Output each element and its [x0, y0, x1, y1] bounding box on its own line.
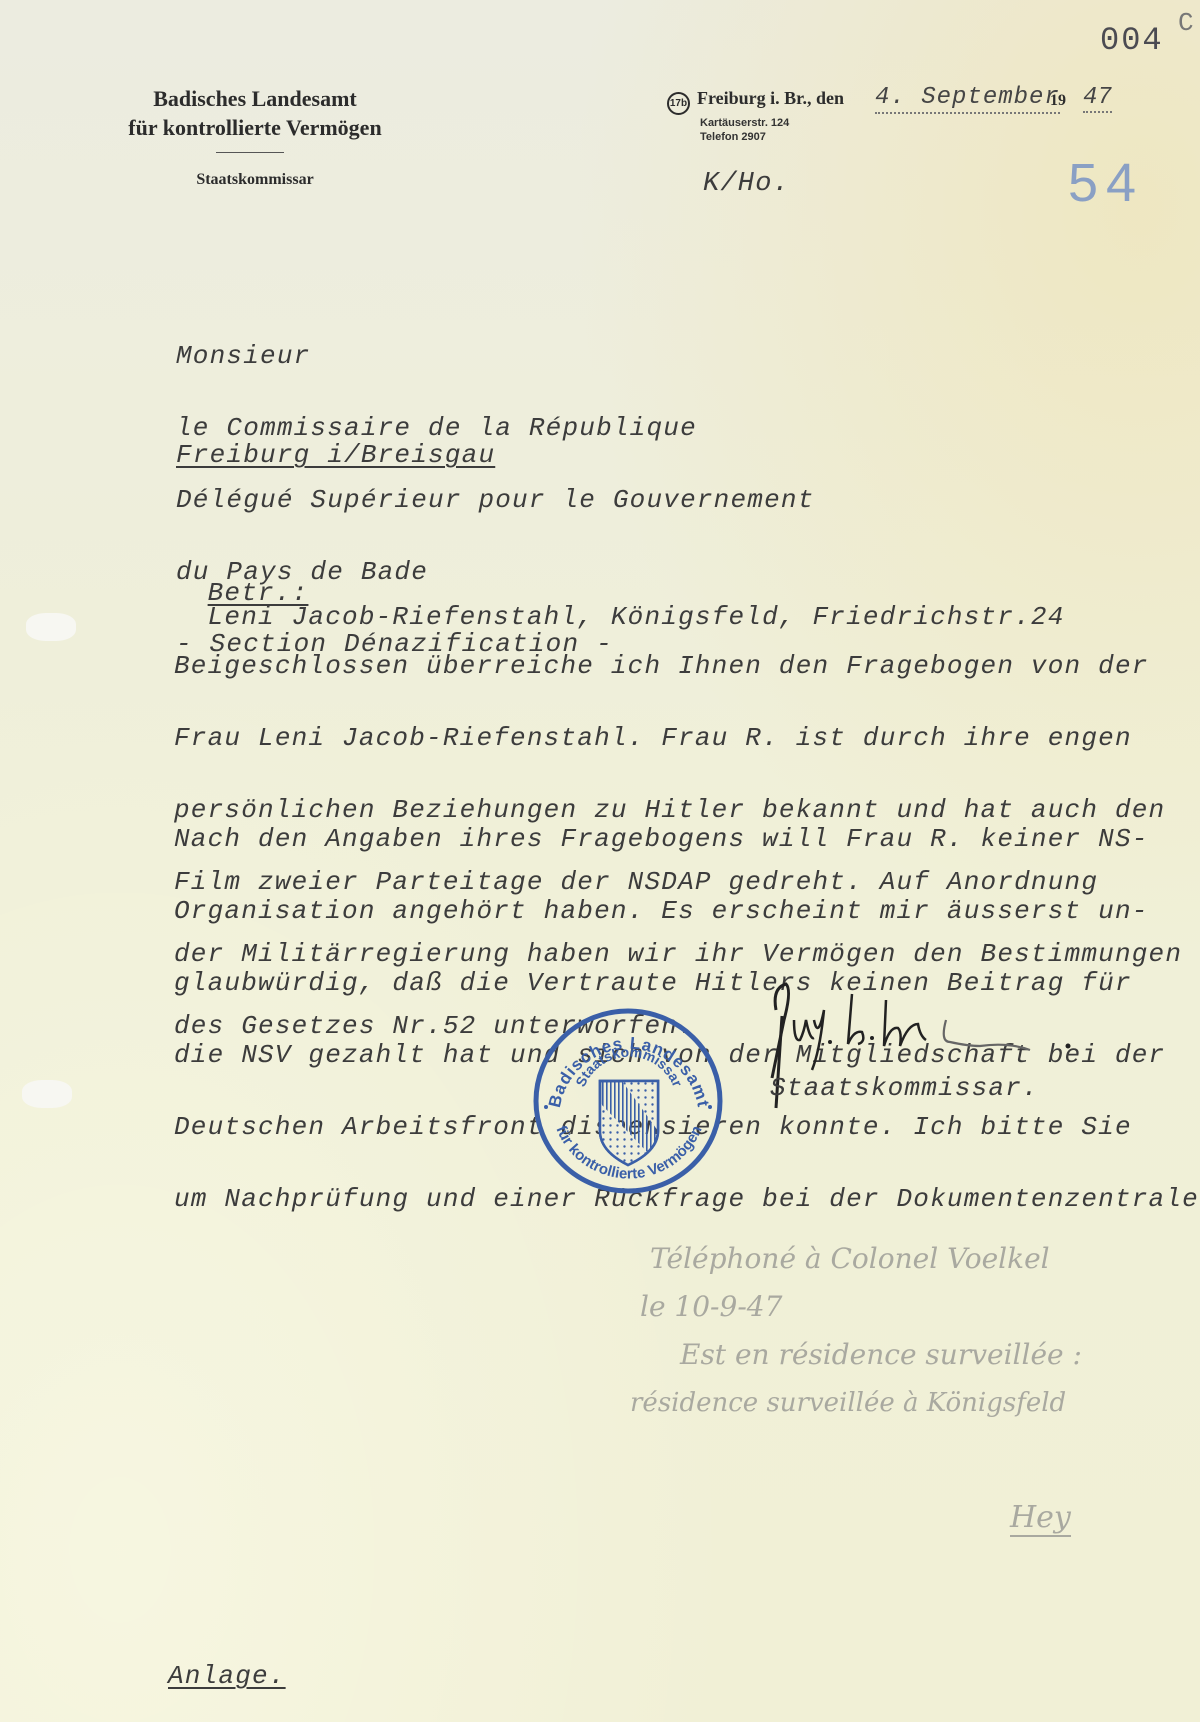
date-day-month: 4. September: [875, 84, 1060, 114]
date-year: 47: [1083, 84, 1112, 113]
handwritten-pencil-note: Téléphoné à Colonel Voelkel le 10-9-47 E…: [640, 1235, 1082, 1427]
note-line: Téléphoné à Colonel Voelkel: [640, 1235, 1082, 1283]
letterhead-organization: Badisches Landesamt für kontrollierte Ve…: [95, 84, 415, 142]
note-line: résidence surveillée à Königsfeld: [630, 1379, 1082, 1427]
punch-hole-upper: [26, 613, 76, 641]
letterhead-address: Kartäuserstr. 124 Telefon 2907: [700, 116, 789, 144]
body-line: Organisation angehört haben. Es erschein…: [174, 899, 1200, 923]
city-postal-logo-icon: 17b: [667, 92, 690, 115]
archive-page-number: 004: [1100, 22, 1164, 59]
phone-number: Telefon 2907: [700, 130, 789, 144]
official-stamp: Badisches Landesamt Staatskommissar für …: [530, 1003, 726, 1199]
body-line: Frau Leni Jacob-Riefenstahl. Frau R. ist…: [174, 726, 1182, 750]
enclosure-label: Anlage.: [168, 1664, 286, 1688]
note-line: Est en résidence surveillée :: [640, 1331, 1082, 1379]
body-line: Nach den Angaben ihres Fragebogens will …: [174, 827, 1200, 851]
signatory-title: Staatskommissar.: [770, 1076, 1039, 1100]
baden-shield-icon: [600, 1081, 658, 1165]
punch-hole-lower: [22, 1080, 72, 1108]
reference-code: K/Ho.: [703, 172, 790, 196]
archive-page-suffix: C: [1178, 8, 1194, 38]
letterhead-department: Staatskommissar: [95, 171, 415, 189]
recipient-line: Délégué Supérieur pour le Gouvernement: [176, 488, 815, 512]
recipient-line: le Commissaire de la République: [176, 416, 815, 440]
org-line-1: Badisches Landesamt: [95, 84, 415, 113]
note-line: le 10-9-47: [640, 1283, 1082, 1331]
recipient-line: Monsieur: [176, 344, 815, 368]
org-line-2: für kontrollierte Vermögen: [95, 113, 415, 142]
stamp-seal-icon: Badisches Landesamt Staatskommissar für …: [530, 1003, 726, 1199]
recipient-city: Freiburg i/Breisgau: [176, 443, 495, 467]
body-line: Beigeschlossen überreiche ich Ihnen den …: [174, 654, 1182, 678]
street-address: Kartäuserstr. 124: [700, 116, 789, 130]
date-year-prefix: 19: [1050, 92, 1066, 110]
city-date-prefix: Freiburg i. Br., den: [697, 88, 844, 109]
note-initials: Hey: [1010, 1500, 1071, 1537]
pencil-folio-number: 54: [1068, 152, 1144, 214]
letterhead-divider: [216, 152, 284, 153]
